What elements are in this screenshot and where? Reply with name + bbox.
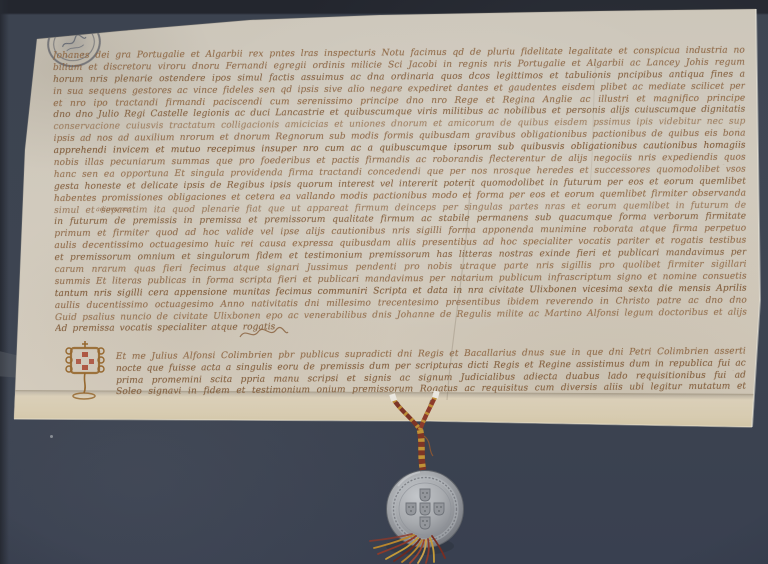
manuscript-main-text: Johanes dei gra Portugalie et Algarbii r…: [53, 46, 747, 337]
seal-shadow: [386, 537, 454, 555]
fringe-tassel-icon: [370, 534, 445, 563]
interlinear-insertion: adiuvamus: [96, 205, 132, 213]
photograph: Johanes dei gra Portugalie et Algarbii r…: [0, 0, 768, 564]
parchment: Johanes dei gra Portugalie et Algarbii r…: [0, 0, 768, 564]
metal-seal-icon: [387, 471, 464, 548]
quinas-cross-of-shields: [406, 489, 444, 529]
dust-speck: [50, 435, 53, 438]
notarial-closing-paragraph: Et me Julius Alfonsi Colimbrien pbr publ…: [116, 347, 746, 400]
background-shadow-strip: [0, 0, 9, 564]
